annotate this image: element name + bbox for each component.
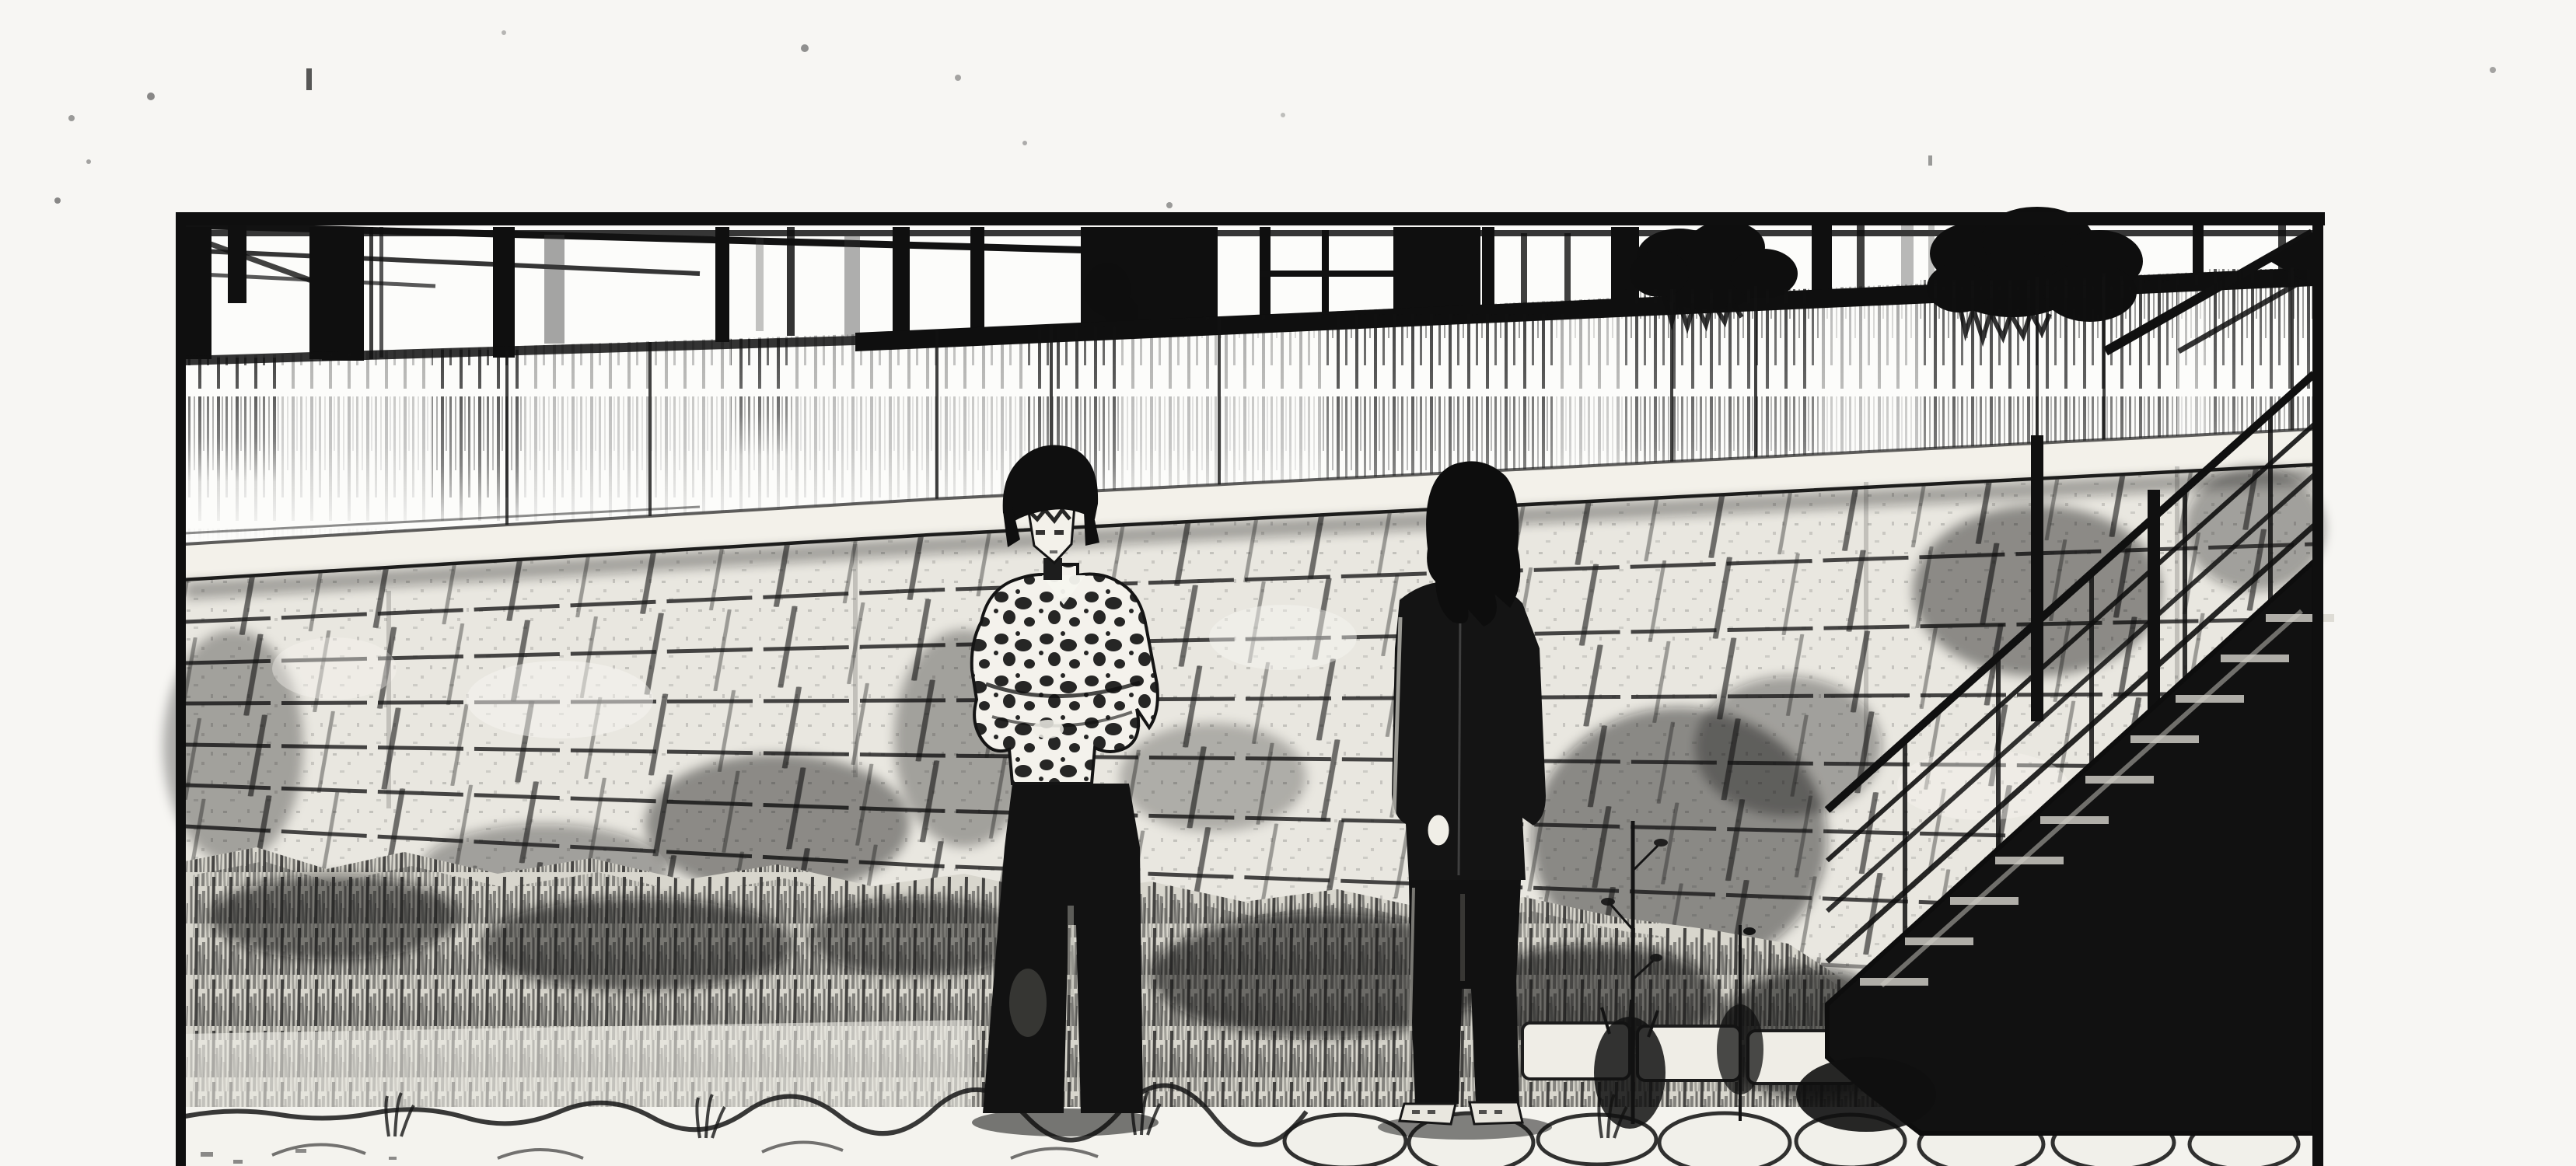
panel-border-right [2312, 212, 2323, 1166]
panel-border-top [176, 212, 2325, 225]
manga-page: Manga panel — two figures below a stone … [0, 0, 2576, 1166]
grass-clearing [185, 1020, 972, 1113]
knee-highlight [1009, 969, 1047, 1037]
panel-border-left [176, 212, 186, 1166]
eye [1036, 530, 1045, 535]
rail-tab [228, 224, 246, 303]
mouth [1050, 550, 1057, 553]
trouser-highlight [1068, 906, 1074, 995]
figure-left-trousers [983, 784, 1143, 1113]
stair-foot-shadow [1796, 1057, 1936, 1132]
figure-right-jacket [1392, 581, 1546, 880]
zipper-line [1459, 613, 1460, 875]
stair-post [2031, 435, 2043, 721]
stone-footing [1522, 1023, 1857, 1084]
hand [1033, 720, 1064, 738]
trouser-gap-highlight [1460, 894, 1465, 981]
eye [1054, 530, 1064, 535]
window-mullion [1260, 271, 1393, 277]
manga-panel-art: Manga panel — two figures below a stone … [0, 0, 2576, 1166]
hand [1427, 814, 1450, 847]
figure-right-hair [1426, 461, 1520, 627]
